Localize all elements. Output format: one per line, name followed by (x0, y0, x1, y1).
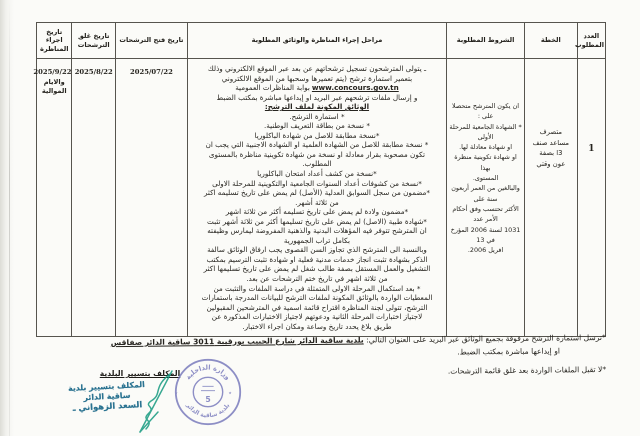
table-header-row: العدد المطلوب الخطة الشروط المطلوبة مراح… (37, 23, 606, 59)
portal-url-caption: بوابة المناظرات العمومية (235, 83, 310, 92)
stages-documents-cell: ـ يتولى المترشحون تسجيل ترشحاتهم عن بعد … (188, 59, 446, 336)
col-header-open-date: تاريخ فتح الترشحات (116, 23, 188, 59)
documents-list-heading: الوثائق المكونة لملف الترشح: (193, 102, 441, 112)
position-title: متصرف مساعد صنف 3ا بصفة عون وقتي (525, 59, 577, 336)
mailing-address: بلدية ساقية الدائر شارع الحبيب بورقيبة 3… (111, 336, 364, 348)
name-stamp: المكلف بتسيير بلدية ساقية الدائر السعد ا… (45, 379, 168, 415)
svg-text:وزارة الداخلية: وزارة الداخلية (184, 364, 232, 382)
send-files-line: و إرسال ملفات ترشحهم عبر البريد او إيداع… (193, 93, 441, 103)
col-header-conditions: الشروط المطلوبة (447, 23, 525, 59)
deposit-note: او إيداعها مباشرة بمكتب الضبط. (28, 346, 560, 362)
exam-date-cell: 2025/9/22 والايام الموالية (37, 59, 71, 336)
seal-center-number: 5 (205, 395, 210, 404)
signature-tail-stroke (140, 412, 158, 432)
seal-bottom-text: بلدية ساقية الدائر (184, 401, 231, 419)
scan-edge-shadow (0, 0, 14, 436)
table-data-row: 1 متصرف مساعد صنف 3ا بصفة عون وقتي ان يك… (37, 59, 606, 337)
exam-date-value: 2025/9/22 (37, 68, 71, 76)
documents-list-text: * استمارة الترشح. * نسخة من بطاقة التعري… (193, 112, 441, 332)
required-count-value: 1 (578, 59, 605, 336)
scan-crease-line (9, 0, 10, 436)
official-round-seal-icon: وزارة الداخلية بلدية ساقية الدائر ٭ ٭ 5 (173, 357, 243, 427)
col-header-close-date: تاريخ غلق الترشحات (72, 23, 116, 59)
exam-date-extra: والايام الموالية (37, 78, 71, 96)
seal-star-right: ٭ (228, 390, 232, 397)
svg-text:بلدية ساقية الدائر: بلدية ساقية الدائر (184, 401, 231, 419)
portal-url-line: www.concours.gov.tnبوابة المناظرات العمو… (193, 83, 441, 93)
col-header-exam-date: تاريخ اجراء المناظرة (37, 23, 72, 59)
col-header-stages-documents: مراحل إجراء المناظرة والوثائق المطلوبة (187, 23, 446, 59)
open-date-value: 2025/07/22 (116, 59, 187, 336)
col-header-required-count: العدد المطلوب (577, 23, 605, 59)
registration-intro-text: ـ يتولى المترشحون تسجيل ترشحاتهم عن بعد … (193, 64, 441, 83)
col-header-position: الخطة (525, 23, 578, 59)
required-conditions-text: ان يكون المترشح متحصلا على : * الشهادة ا… (447, 59, 524, 336)
document-page: العدد المطلوب الخطة الشروط المطلوبة مراح… (0, 0, 640, 436)
close-date-value: 2025/8/22 (72, 59, 115, 336)
announcement-table: العدد المطلوب الخطة الشروط المطلوبة مراح… (36, 22, 606, 337)
scanned-announcement-page: { "table": { "headers": { "count": "العد… (0, 0, 640, 436)
seal-top-text: وزارة الداخلية (184, 364, 232, 382)
mailing-note-prefix: *ترسل استمارة الترشح مرفوقة بجميع الوثائ… (364, 333, 606, 345)
concours-portal-url: www.concours.gov.tn (312, 83, 399, 92)
seal-star-left: ٭ (174, 390, 178, 397)
